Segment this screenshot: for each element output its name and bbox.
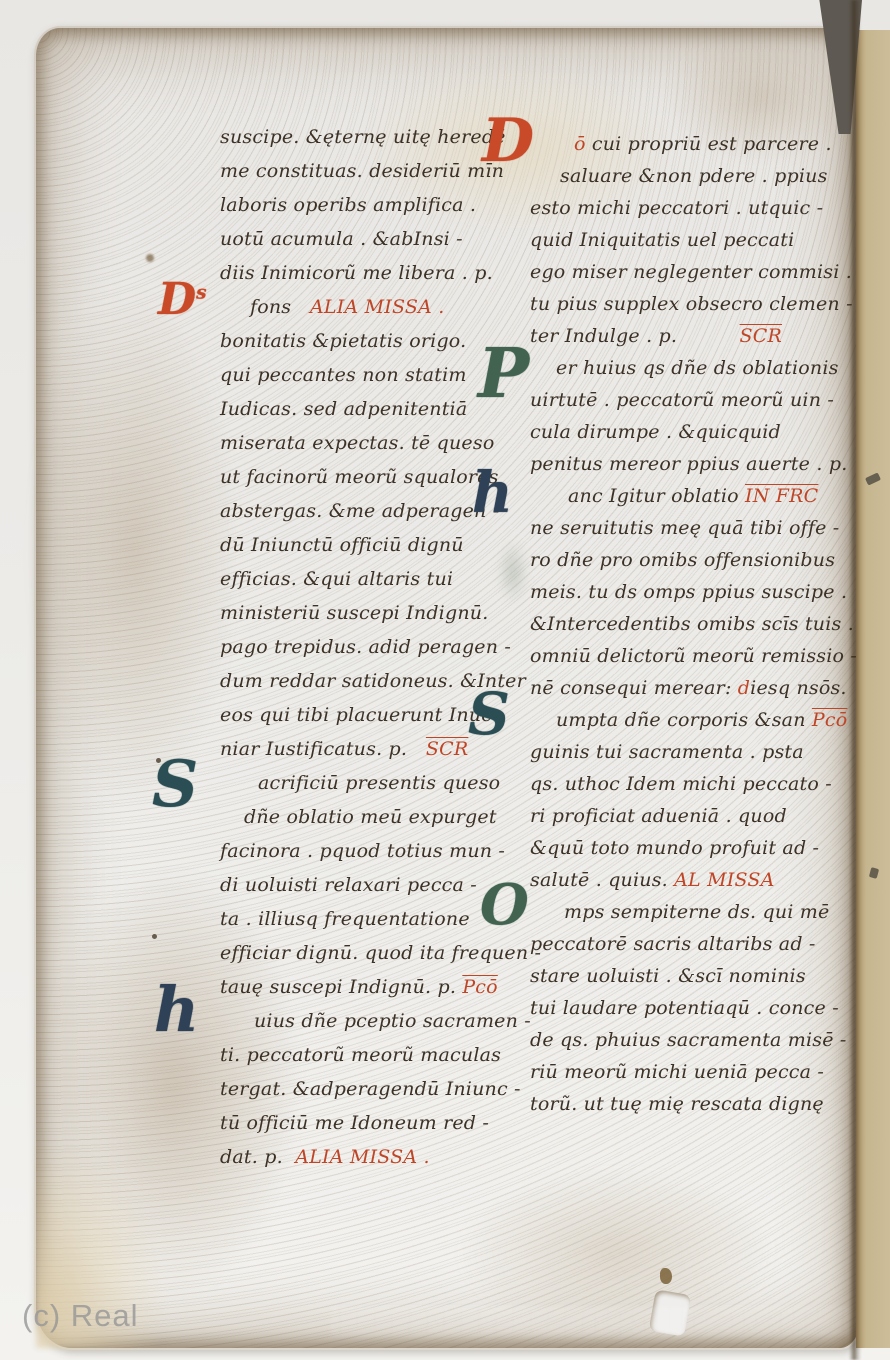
body-text: nē consequi merear: (530, 677, 738, 699)
text-line: fons ALIA MISSA . (220, 290, 532, 324)
text-line: uirtutē . peccatorũ meorũ uin - (530, 384, 864, 416)
body-text: &Intercedentibs omibs scīs tuis . (530, 613, 854, 635)
body-text: anc Igitur oblatio (568, 485, 745, 507)
body-text: dū Iniunctū officiū dignū (220, 534, 464, 556)
text-line: de qs. phuius sacramenta misē - (530, 1024, 864, 1056)
body-text: uius dñe pceptio sacramen - (254, 1010, 531, 1032)
parchment-stain (28, 288, 238, 808)
body-text: tu pius supplex obsecro clemen - (530, 293, 853, 315)
text-line: meis. tu ds omps ppius suscipe . (530, 576, 864, 608)
body-text: ut facinorũ meorũ squalores (220, 466, 499, 488)
text-line: guinis tui sacramenta . psta (530, 736, 864, 768)
body-text: omniū delictorũ meorũ remissio - (530, 645, 857, 667)
body-text: qui peccantes non statim (220, 364, 467, 386)
illuminated-initial-d: Ds (158, 280, 207, 320)
adjacent-page-edge (856, 30, 890, 1348)
body-text: di uoluisti relaxari pecca - (220, 874, 477, 896)
body-text: er huius qs dñe ds oblationis (556, 357, 839, 379)
body-text: bonitatis &pietatis origo. (220, 330, 466, 352)
illuminated-initial-d: D (482, 114, 534, 168)
body-text: stare uoluisti . &scī nominis (530, 965, 806, 987)
text-line: esto michi peccatori . utquic - (530, 192, 864, 224)
body-text: meis. tu ds omps ppius suscipe . (530, 581, 847, 603)
text-line: omniū delictorũ meorũ remissio - (530, 640, 864, 672)
text-line: dat. p. ALIA MISSA . (220, 1140, 532, 1174)
text-line: ter Indulge . p. SCR (530, 320, 864, 352)
text-line: acrificiū presentis queso (220, 766, 532, 800)
text-line: cula dirumpe . &quicquid (530, 416, 864, 448)
body-text: guinis tui sacramenta . psta (530, 741, 804, 763)
text-line: mps sempiterne ds. qui mē (530, 896, 864, 928)
text-line: uius dñe pceptio sacramen - (220, 1004, 532, 1038)
text-line: ro dñe pro omibs offensionibus (530, 544, 864, 576)
ink-speck (146, 254, 154, 262)
body-text: mps sempiterne ds. qui mē (564, 901, 829, 923)
body-text: tui laudare potentiaqū . conce - (530, 997, 839, 1019)
margin-dot (152, 934, 157, 939)
rubric-text: Pcō (462, 976, 497, 998)
body-text: saluare &non pdere . ppius (560, 165, 828, 187)
text-line: &quū toto mundo profuit ad - (530, 832, 864, 864)
text-line: riū meorũ michi ueniā pecca - (530, 1056, 864, 1088)
body-text: ministeriū suscepi Indignū. (220, 602, 488, 624)
text-line: efficias. &qui altaris tui (220, 562, 532, 596)
body-text: miserata expectas. tē queso (220, 432, 494, 454)
text-line: ri proficiat adueniā . quod (530, 800, 864, 832)
text-line: er huius qs dñe ds oblationis (530, 352, 864, 384)
body-text: laboris operibs amplifica . (220, 194, 476, 216)
text-line: tui laudare potentiaqū . conce - (530, 992, 864, 1024)
text-line: peccatorē sacris altaribs ad - (530, 928, 864, 960)
body-text: ti. peccatorũ meorũ maculas (220, 1044, 501, 1066)
text-line: stare uoluisti . &scī nominis (530, 960, 864, 992)
rubric-text: ō (574, 133, 592, 155)
text-line: nē consequi merear: diesq nsōs. (530, 672, 864, 704)
body-text: ne seruitutis meę quā tibi offe - (530, 517, 839, 539)
body-text: dat. p. (220, 1146, 295, 1168)
body-text: qs. uthoc Idem michi peccato - (530, 773, 832, 795)
text-line: anc Igitur oblatio IN FRC (530, 480, 864, 512)
text-line: pago trepidus. adid peragen - (220, 630, 532, 664)
body-text: tū officiū me Idoneum red - (220, 1112, 489, 1134)
text-line: qs. uthoc Idem michi peccato - (530, 768, 864, 800)
watermark-faint-continuation (330, 1306, 850, 1336)
rubric-text: IN FRC (745, 485, 818, 507)
body-text: esto michi peccatori . utquic - (530, 197, 823, 219)
text-line: miserata expectas. tē queso (220, 426, 532, 460)
illuminated-initial-h: h (154, 982, 199, 1038)
manuscript-page: suscipe. &ęternę uitę heredēme constitua… (34, 26, 862, 1350)
body-text: &quū toto mundo profuit ad - (530, 837, 819, 859)
body-text: facinora . pquod totius mun - (220, 840, 505, 862)
rubric-text: d (738, 677, 750, 699)
body-text: uirtutē . peccatorũ meorũ uin - (530, 389, 834, 411)
body-text: de qs. phuius sacramenta misē - (530, 1029, 847, 1051)
body-text: me constituas. desideriū mīn (220, 160, 504, 182)
text-line: salutē . quius. AL MISSA (530, 864, 864, 896)
text-line: ō cui propriū est parcere . (530, 128, 864, 160)
body-text: tauę suscepi Indignū. p. (220, 976, 462, 998)
body-text: Iudicas. sed adpenitentiā (220, 398, 467, 420)
text-line: saluare &non pdere . ppius (530, 160, 864, 192)
body-text: torũ. ut tuę mię rescata dignę (530, 1093, 824, 1115)
text-line: penitus mereor ppius auerte . p. (530, 448, 864, 480)
photo-background: suscipe. &ęternę uitę heredēme constitua… (0, 0, 890, 1360)
initial-superscript: s (196, 282, 206, 303)
text-line: &Intercedentibs omibs scīs tuis . (530, 608, 864, 640)
body-text: abstergas. &me adperagen - (220, 500, 499, 522)
body-text: ta . illiusq frequentatione (220, 908, 470, 930)
rubric-text: AL MISSA (674, 869, 774, 891)
body-text: pago trepidus. adid peragen - (220, 636, 511, 658)
body-text: ter Indulge . p. (530, 325, 740, 347)
illuminated-initial-o: O (480, 880, 529, 930)
body-text: eos qui tibi placuerunt Inue - (220, 704, 506, 726)
rubric-text: SCR (740, 325, 782, 347)
body-text: ri proficiat adueniā . quod (530, 805, 787, 827)
text-line: tū officiū me Idoneum red - (220, 1106, 532, 1140)
body-text: suscipe. &ęternę uitę heredē (220, 126, 506, 148)
book-gutter (849, 0, 861, 1360)
page-tear-mark (660, 1268, 672, 1284)
illuminated-initial-p: P (478, 344, 529, 405)
text-line: tergat. &adperagendū Iniunc - (220, 1072, 532, 1106)
text-line: dñe oblatio meū expurget (220, 800, 532, 834)
neighbor-page-ink (865, 472, 881, 485)
body-text: efficiar dignū. quod ita frequen - (220, 942, 541, 964)
body-text: fons (250, 296, 310, 318)
text-line: quid Iniquitatis uel peccati (530, 224, 864, 256)
body-text: efficias. &qui altaris tui (220, 568, 453, 590)
body-text: dñe oblatio meū expurget (244, 806, 497, 828)
illuminated-initial-s: S (468, 688, 510, 740)
rubric-text: SCR (426, 738, 468, 760)
text-line: dū Iniunctū officiū dignū (220, 528, 532, 562)
text-line: diis Inimicorũ me libera . p. (220, 256, 532, 290)
neighbor-page-ink (869, 867, 879, 879)
illuminated-initial-s: S (152, 756, 198, 814)
copyright-watermark: (c) Real (22, 1298, 139, 1334)
body-text: umpta dñe corporis &san (556, 709, 812, 731)
body-text: niar Iustificatus. p. (220, 738, 426, 760)
body-text: cui propriū est parcere . (592, 133, 832, 155)
text-line: ministeriū suscepi Indignū. (220, 596, 532, 630)
body-text: uotū acumula . &abInsi - (220, 228, 463, 250)
text-column-left: suscipe. &ęternę uitę heredēme constitua… (220, 120, 532, 1174)
text-line: ne seruitutis meę quā tibi offe - (530, 512, 864, 544)
body-text: ro dñe pro omibs offensionibus (530, 549, 835, 571)
text-line: tu pius supplex obsecro clemen - (530, 288, 864, 320)
body-text: quid Iniquitatis uel peccati (530, 229, 794, 251)
body-text: diis Inimicorũ me libera . p. (220, 262, 493, 284)
text-line: efficiar dignū. quod ita frequen - (220, 936, 532, 970)
text-line: facinora . pquod totius mun - (220, 834, 532, 868)
body-text: iesq nsōs. (750, 677, 847, 699)
body-text: acrificiū presentis queso (258, 772, 500, 794)
body-text: riū meorũ michi ueniā pecca - (530, 1061, 824, 1083)
body-text: cula dirumpe . &quicquid (530, 421, 781, 443)
text-line: laboris operibs amplifica . (220, 188, 532, 222)
text-line: uotū acumula . &abInsi - (220, 222, 532, 256)
text-line: tauę suscepi Indignū. p. Pcō (220, 970, 532, 1004)
rubric-text: ALIA MISSA . (310, 296, 444, 318)
body-text: tergat. &adperagendū Iniunc - (220, 1078, 521, 1100)
body-text: ego miser neglegenter commisi . (530, 261, 852, 283)
rubric-text: Pcō (812, 709, 847, 731)
text-line: ego miser neglegenter commisi . (530, 256, 864, 288)
rubric-text: ALIA MISSA . (295, 1146, 429, 1168)
illuminated-initial-h: h (472, 468, 513, 518)
body-text: penitus mereor ppius auerte . p. (530, 453, 847, 475)
text-line: ti. peccatorũ meorũ maculas (220, 1038, 532, 1072)
body-text: peccatorē sacris altaribs ad - (530, 933, 816, 955)
text-column-right: ō cui propriū est parcere .saluare &non … (530, 128, 864, 1120)
body-text: salutē . quius. (530, 869, 674, 891)
text-line: torũ. ut tuę mię rescata dignę (530, 1088, 864, 1120)
text-line: umpta dñe corporis &san Pcō (530, 704, 864, 736)
